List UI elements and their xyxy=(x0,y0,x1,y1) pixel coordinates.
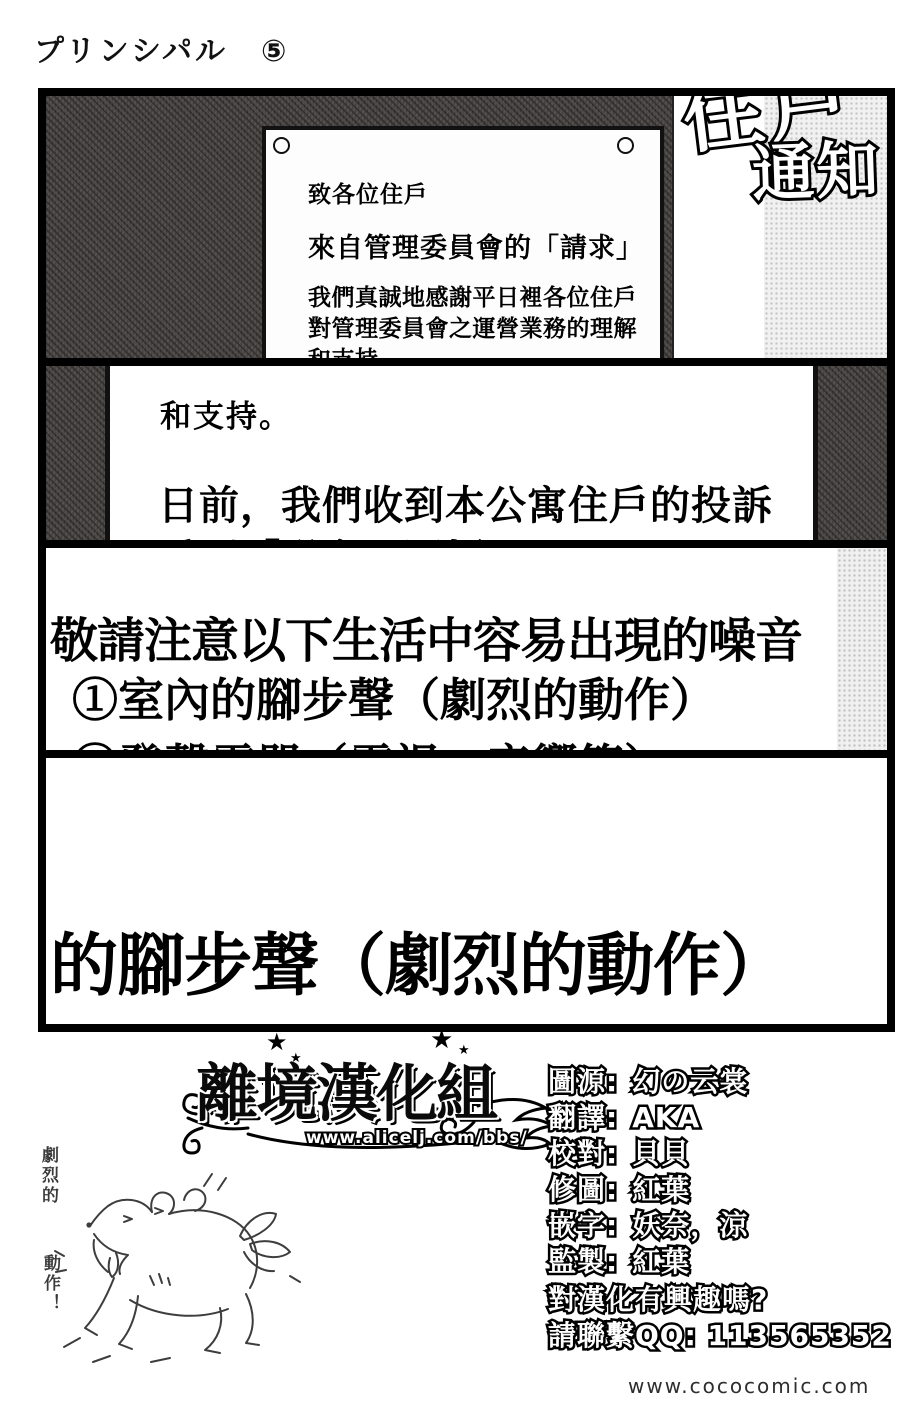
credit-label: 圖源: xyxy=(548,1065,618,1098)
noise-item-2: ②發聲電器（電視・音響等） xyxy=(72,730,670,750)
notice-paper-strip: 和支持。 日前，我們收到本公寓住戶的投訴 受到「噪音」困擾。 xyxy=(105,366,818,540)
panel-complaint-text: 和支持。 日前，我們收到本公寓住戶的投訴 受到「噪音」困擾。 xyxy=(46,366,887,540)
panel-noise-list: 敬請注意以下生活中容易出現的噪音 ①室內的腳步聲（劇烈的動作） ②發聲電器（電視… xyxy=(46,548,887,750)
credit-value: 貝貝 xyxy=(632,1137,690,1170)
panel-notice-wall: 致各位住戶 來自管理委員會的「請求」 我們真誠地感謝平日裡各位住戶 對管理委員會… xyxy=(46,96,887,358)
running-dog-doodle xyxy=(52,1160,302,1365)
wall-notice-title: 通知 xyxy=(750,120,881,213)
star-icon: ★ xyxy=(290,1050,302,1066)
credit-label: 嵌字: xyxy=(548,1209,618,1242)
credit-value: 紅葉 xyxy=(632,1245,690,1278)
credit-line-typesetting: 嵌字:妖奈，涼 xyxy=(548,1208,892,1244)
manga-page: プリンシパル ⑤ 致各位住戶 來自管理委員會的「請求」 我們真誠地感謝平日裡各位… xyxy=(0,0,900,1403)
hosting-site-url: www.cococomic.com xyxy=(628,1374,870,1398)
credit-value: 幻の云裳 xyxy=(632,1065,748,1098)
recruit-contact: 請聯繫QQ: 113565352 xyxy=(548,1318,892,1354)
credit-line-translation: 翻譯:AKA xyxy=(548,1100,892,1136)
credit-label: 校對: xyxy=(548,1137,618,1170)
star-icon: ★ xyxy=(430,1024,453,1055)
credit-line-cleaning: 修圖:紅葉 xyxy=(548,1172,892,1208)
credit-line-source: 圖源:幻の云裳 xyxy=(548,1064,892,1100)
credit-label: 監製: xyxy=(548,1245,618,1278)
halftone-shading xyxy=(837,548,887,750)
scanlation-logo: 離境漢化組 ★ ★ ★ ★ www.alicelj.com/bbs/ xyxy=(178,1036,558,1158)
page-title: プリンシパル ⑤ xyxy=(34,26,289,70)
notice-poster: 致各位住戶 來自管理委員會的「請求」 我們真誠地感謝平日裡各位住戶 對管理委員會… xyxy=(262,126,664,358)
star-icon: ★ xyxy=(458,1042,470,1058)
poster-body-line: 對管理委員會之運營業務的理解 xyxy=(266,315,660,343)
poster-body-line: 和支持。 xyxy=(266,346,660,358)
noise-item-1: ①室內的腳步聲（劇烈的動作） xyxy=(72,664,716,730)
credit-line-proofread: 校對:貝貝 xyxy=(548,1136,892,1172)
poster-salutation: 致各位住戶 xyxy=(266,176,660,209)
closeup-text: 的腳步聲（劇烈的動作） xyxy=(50,912,787,1009)
credit-value: AKA xyxy=(632,1101,700,1134)
notice-complaint-line: 日前，我們收到本公寓住戶的投訴 xyxy=(158,474,773,531)
panel-closeup-text: 的腳步聲（劇烈的動作） xyxy=(46,758,887,1024)
poster-body-line: 我們真誠地感謝平日裡各位住戶 xyxy=(266,284,660,312)
poster-heading: 來自管理委員會的「請求」 xyxy=(266,226,660,265)
recruit-question: 對漢化有興趣嗎? xyxy=(548,1282,892,1318)
wall-notice-sheet: 住戶 通知 xyxy=(672,96,887,358)
comic-frame: 致各位住戶 來自管理委員會的「請求」 我們真誠地感謝平日裡各位住戶 對管理委員會… xyxy=(38,88,895,1032)
scanlation-group-name: 離境漢化組 xyxy=(196,1044,496,1133)
credits-block: 圖源:幻の云裳 翻譯:AKA 校對:貝貝 修圖:紅葉 嵌字:妖奈，涼 監製:紅葉… xyxy=(548,1064,892,1354)
scanlation-site-url: www.alicelj.com/bbs/ xyxy=(306,1128,528,1148)
noise-warning-heading: 敬請注意以下生活中容易出現的噪音 xyxy=(50,602,802,671)
notice-continuation-text: 和支持。 xyxy=(160,391,292,436)
pin-hole-icon xyxy=(273,137,290,154)
star-icon: ★ xyxy=(266,1028,288,1057)
credit-value: 妖奈，涼 xyxy=(632,1209,748,1242)
notice-noise-line: 受到「噪音」困擾。 xyxy=(158,528,527,540)
credit-value: 紅葉 xyxy=(632,1173,690,1206)
credit-line-supervision: 監製:紅葉 xyxy=(548,1244,892,1280)
credit-label: 修圖: xyxy=(548,1173,618,1206)
pin-hole-icon xyxy=(617,137,634,154)
credit-label: 翻譯: xyxy=(548,1101,618,1134)
